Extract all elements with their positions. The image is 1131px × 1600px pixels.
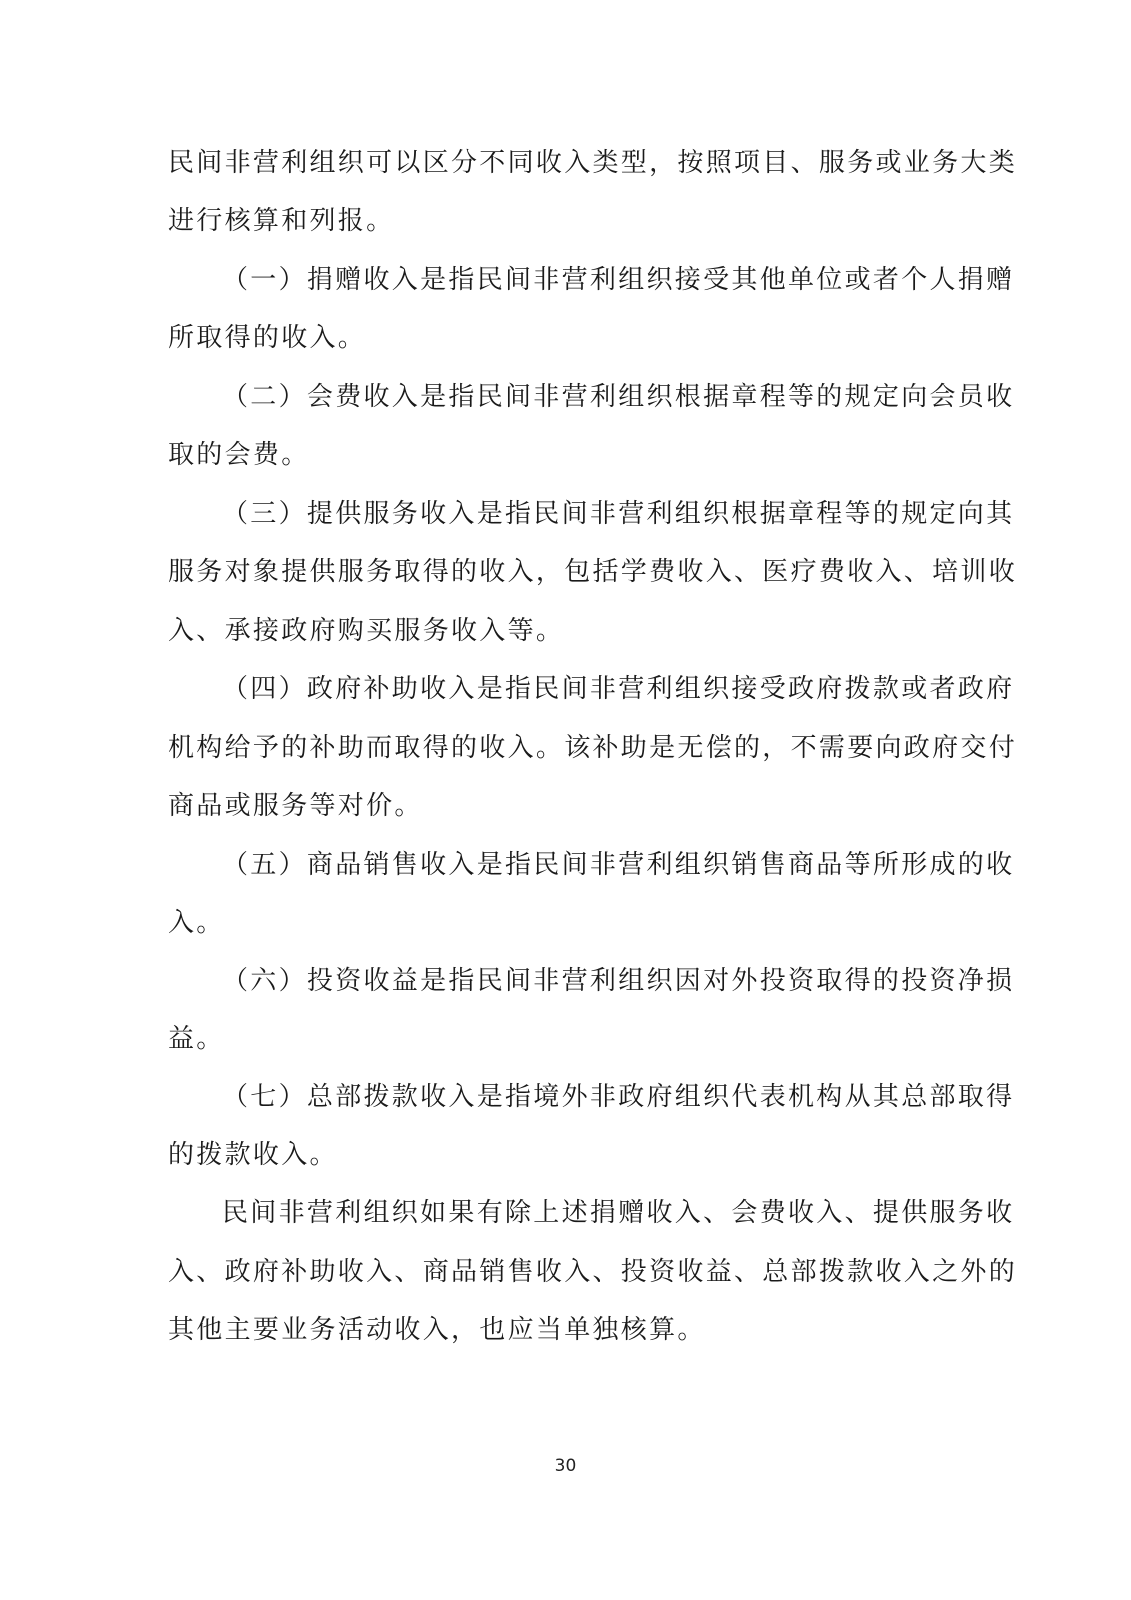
paragraph-intro-line-1: 民间非营利组织可以区分不同收入类型，按照项目、服务或业务大类 [168,146,948,180]
item-government-subsidy-line-2: 机构给予的补助而取得的收入。该补助是无偿的，不需要向政府交付 [168,731,948,765]
document-page: 民间非营利组织可以区分不同收入类型，按照项目、服务或业务大类 进行核算和列报。 … [0,0,1131,1600]
paragraph-other-income-line-1: 民间非营利组织如果有除上述捐赠收入、会费收入、提供服务收 [222,1196,1002,1230]
paragraph-intro-line-2: 进行核算和列报。 [168,204,948,238]
item-merchandise-sales-line-2: 入。 [168,906,948,940]
page-number: 30 [0,1456,1131,1476]
item-investment-income-line-1: （六）投资收益是指民间非营利组织因对外投资取得的投资净损 [222,964,1002,998]
item-headquarters-allocation-line-2: 的拨款收入。 [168,1138,948,1172]
item-membership-fee-line-1: （二）会费收入是指民间非营利组织根据章程等的规定向会员收 [222,380,1002,414]
item-government-subsidy-line-1: （四）政府补助收入是指民间非营利组织接受政府拨款或者政府 [222,672,1002,706]
item-donation-income-line-2: 所取得的收入。 [168,321,948,355]
item-service-income-line-2: 服务对象提供服务取得的收入，包括学费收入、医疗费收入、培训收 [168,555,948,589]
item-membership-fee-line-2: 取的会费。 [168,438,948,472]
item-service-income-line-3: 入、承接政府购买服务收入等。 [168,614,948,648]
item-merchandise-sales-line-1: （五）商品销售收入是指民间非营利组织销售商品等所形成的收 [222,848,1002,882]
item-donation-income-line-1: （一）捐赠收入是指民间非营利组织接受其他单位或者个人捐赠 [222,263,1002,297]
item-service-income-line-1: （三）提供服务收入是指民间非营利组织根据章程等的规定向其 [222,497,1002,531]
item-investment-income-line-2: 益。 [168,1022,948,1056]
item-government-subsidy-line-3: 商品或服务等对价。 [168,789,948,823]
paragraph-other-income-line-2: 入、政府补助收入、商品销售收入、投资收益、总部拨款收入之外的 [168,1255,948,1289]
item-headquarters-allocation-line-1: （七）总部拨款收入是指境外非政府组织代表机构从其总部取得 [222,1080,1002,1114]
paragraph-other-income-line-3: 其他主要业务活动收入，也应当单独核算。 [168,1313,948,1347]
